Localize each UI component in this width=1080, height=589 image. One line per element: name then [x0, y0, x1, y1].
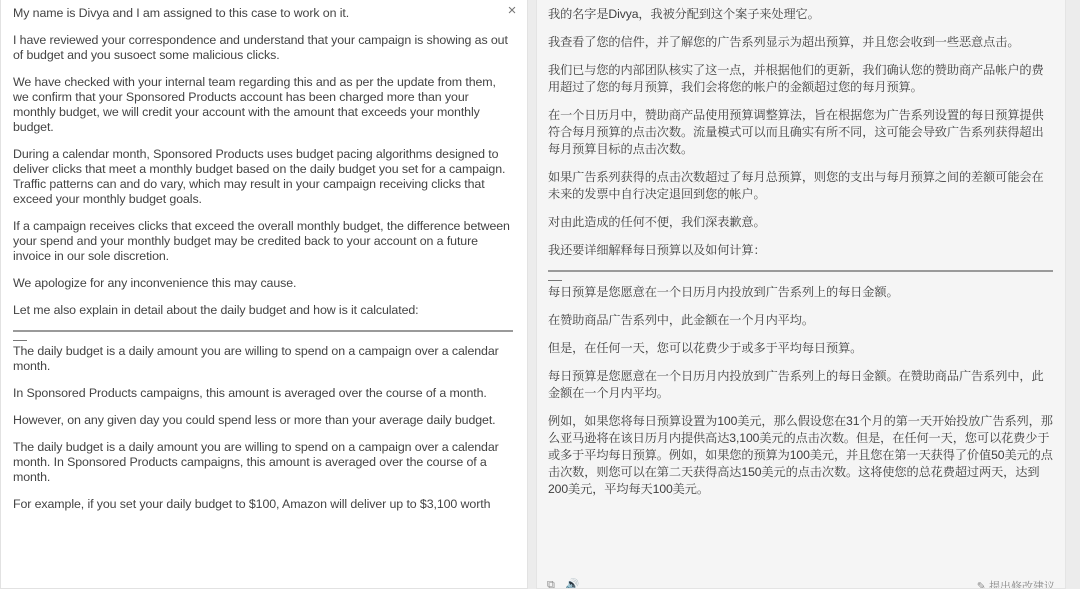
source-paragraph: For example, if you set your daily budge… — [13, 497, 513, 512]
translation-pane: 我的名字是Divya，我被分配到这个案子来处理它。 我查看了您的信件，并了解您的… — [536, 0, 1066, 589]
translation-paragraph: 例如，如果您将每日预算设置为100美元，那么假设您在31个月的第一天开始投放广告… — [548, 413, 1053, 498]
source-paragraph: However, on any given day you could spen… — [13, 413, 513, 428]
source-text-content: My name is Divya and I am assigned to th… — [1, 0, 527, 512]
source-paragraph: During a calendar month, Sponsored Produ… — [13, 147, 513, 207]
translation-paragraph: 对由此造成的任何不便，我们深表歉意。 — [548, 214, 1053, 231]
translation-paragraph: 每日预算是您愿意在一个日历月内投放到广告系列上的每日金额。 — [548, 284, 1053, 301]
translation-paragraph: 我还要详细解释每日预算以及如何计算： — [548, 242, 1053, 259]
translation-paragraph: 在一个日历月中，赞助商产品使用预算调整算法，旨在根据您为广告系列设置的每日预算提… — [548, 107, 1053, 158]
source-paragraph: The daily budget is a daily amount you a… — [13, 440, 513, 485]
translation-footer: ⧉ 🔊 ✎ 提出修改建议 — [547, 578, 1055, 589]
translation-paragraph: 我查看了您的信件，并了解您的广告系列显示为超出预算，并且您会收到一些恶意点击。 — [548, 34, 1053, 51]
translation-paragraph: 在赞助商品广告系列中，此金额在一个月内平均。 — [548, 312, 1053, 329]
speaker-icon[interactable]: 🔊 — [566, 578, 580, 589]
source-paragraph: The daily budget is a daily amount you a… — [13, 344, 513, 374]
source-paragraph: In Sponsored Products campaigns, this am… — [13, 386, 513, 401]
source-paragraph: My name is Divya and I am assigned to th… — [13, 6, 513, 21]
dash-mark — [548, 280, 562, 281]
source-paragraph: I have reviewed your correspondence and … — [13, 33, 513, 63]
translation-paragraph: 我的名字是Divya，我被分配到这个案子来处理它。 — [548, 6, 1053, 23]
source-paragraph: Let me also explain in detail about the … — [13, 303, 513, 318]
suggest-edit-link[interactable]: ✎ 提出修改建议 — [977, 578, 1055, 589]
translation-paragraph: 每日预算是您愿意在一个日历月内投放到广告系列上的每日金额。在赞助商品广告系列中，… — [548, 368, 1053, 402]
source-paragraph: We have checked with your internal team … — [13, 75, 513, 135]
source-paragraph: If a campaign receives clicks that excee… — [13, 219, 513, 264]
close-icon[interactable]: × — [503, 2, 521, 20]
translation-paragraph: 如果广告系列获得的点击次数超过了每月总预算，则您的支出与每月预算之间的差额可能会… — [548, 169, 1053, 203]
source-paragraph: We apologize for any inconvenience this … — [13, 276, 513, 291]
translation-content: 我的名字是Divya，我被分配到这个案子来处理它。 我查看了您的信件，并了解您的… — [537, 0, 1065, 498]
dash-mark — [13, 340, 27, 341]
source-text-pane: × My name is Divya and I am assigned to … — [0, 0, 528, 589]
translation-paragraph: 我们已与您的内部团队核实了这一点，并根据他们的更新，我们确认您的赞助商产品帐户的… — [548, 62, 1053, 96]
copy-icon[interactable]: ⧉ — [547, 579, 555, 589]
translation-paragraph: 但是，在任何一天，您可以花费少于或多于平均每日预算。 — [548, 340, 1053, 357]
divider — [13, 330, 513, 332]
divider — [548, 270, 1053, 272]
